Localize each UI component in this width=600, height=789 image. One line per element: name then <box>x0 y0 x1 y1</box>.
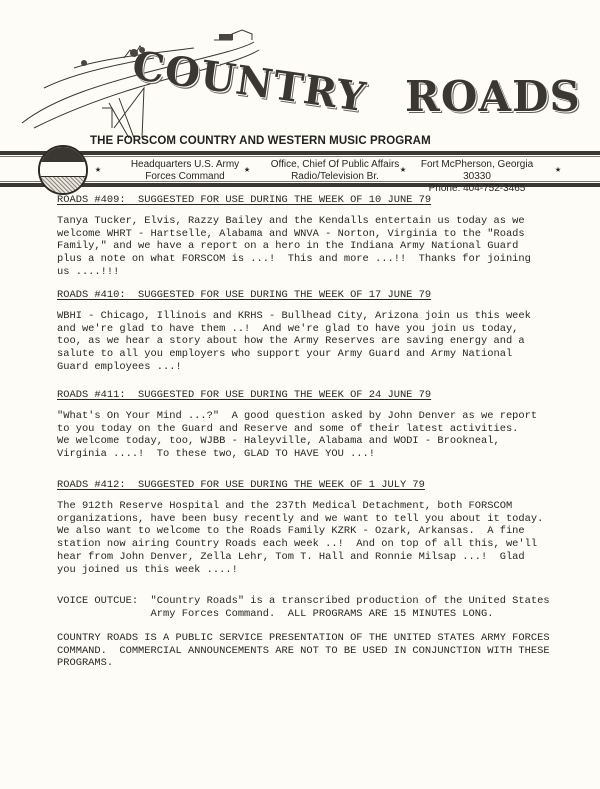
masthead-rule-top-thin <box>0 156 600 157</box>
section-heading: ROADS #412: SUGGESTED FOR USE DURING THE… <box>57 479 557 492</box>
section-heading: ROADS #411: SUGGESTED FOR USE DURING THE… <box>57 389 557 402</box>
masthead-address: Fort McPherson, Georgia 30330 Phone: 404… <box>412 159 542 195</box>
roads-409-section: ROADS #409: SUGGESTED FOR USE DURING THE… <box>57 194 557 279</box>
psa-notice: COUNTRY ROADS IS A PUBLIC SERVICE PRESEN… <box>57 632 550 670</box>
document-page: COUNTRY ROADS THE FORSCOM COUNTRY AND WE… <box>0 0 600 789</box>
voice-outcue: VOICE OUTCUE: "Country Roads" is a trans… <box>57 595 550 620</box>
forscom-seal-icon <box>38 145 88 195</box>
star-icon: ★ <box>555 164 561 176</box>
section-body: WBHI - Chicago, Illinois and KRHS - Bull… <box>57 310 557 374</box>
star-icon: ★ <box>95 164 101 176</box>
star-icon: ★ <box>400 164 406 176</box>
star-icon: ★ <box>244 164 250 176</box>
roads-411-section: ROADS #411: SUGGESTED FOR USE DURING THE… <box>57 389 557 461</box>
masthead-rule-top <box>0 151 600 155</box>
roads-410-section: ROADS #410: SUGGESTED FOR USE DURING THE… <box>57 289 557 374</box>
section-body: Tanya Tucker, Elvis, Razzy Bailey and th… <box>57 215 557 279</box>
masthead-title-roads: ROADS <box>405 72 581 121</box>
section-body: "What's On Your Mind ...?" A good questi… <box>57 410 557 461</box>
roads-412-section: ROADS #412: SUGGESTED FOR USE DURING THE… <box>57 479 557 576</box>
program-subtitle: THE FORSCOM COUNTRY AND WESTERN MUSIC PR… <box>90 135 431 147</box>
section-body: The 912th Reserve Hospital and the 237th… <box>57 500 557 576</box>
masthead-hq: Headquarters U.S. Army Forces Command <box>130 159 240 183</box>
masthead-office: Office, Chief Of Public Affairs Radio/Te… <box>265 159 405 183</box>
section-heading: ROADS #409: SUGGESTED FOR USE DURING THE… <box>57 194 557 207</box>
section-heading: ROADS #410: SUGGESTED FOR USE DURING THE… <box>57 289 557 302</box>
